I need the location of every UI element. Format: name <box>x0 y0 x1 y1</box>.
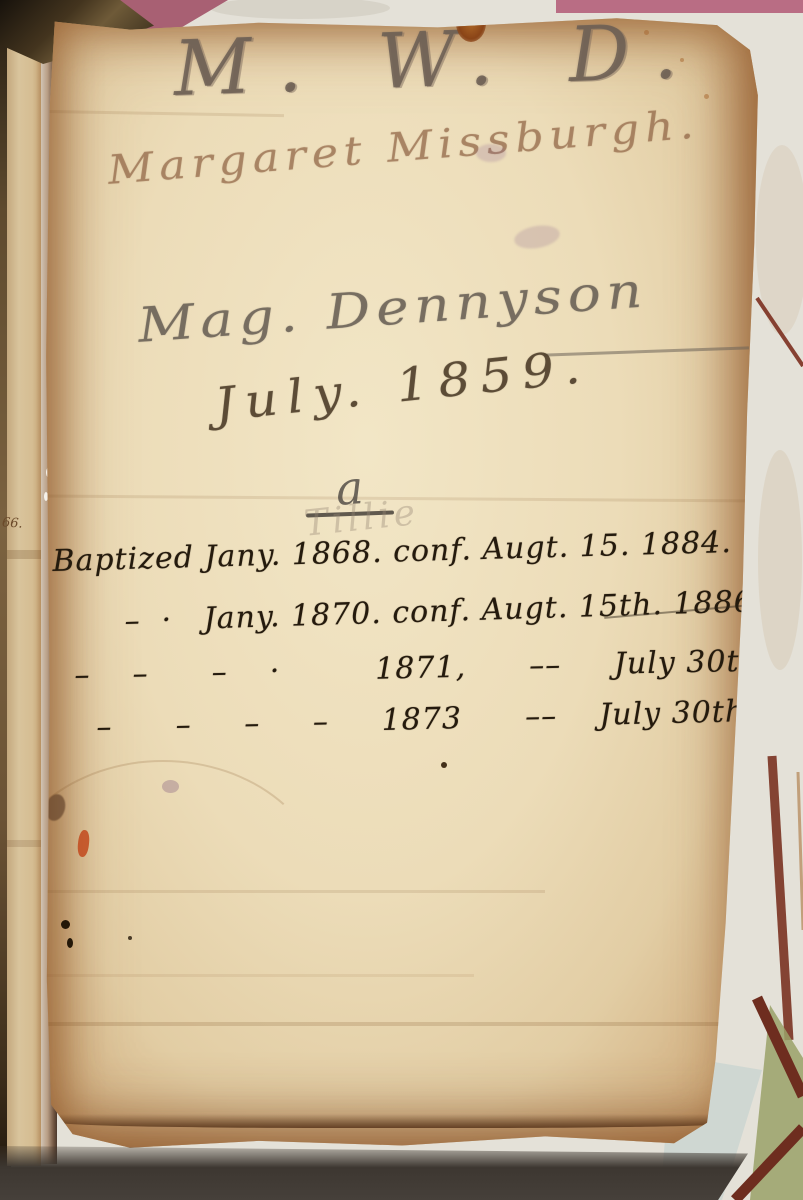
foxing-freckle <box>644 30 649 35</box>
ink-dot <box>441 762 447 768</box>
tile-marble-smudge <box>210 0 390 19</box>
tile-grout-highlight <box>798 772 803 930</box>
baptism-record-line-4: – – – – 1873 –– July 30th. 1887. <box>96 691 760 745</box>
page-crease-arc <box>44 760 328 1030</box>
ink-speck <box>61 920 70 929</box>
purple-smudge <box>476 144 506 162</box>
date-inscription: July. 1859. <box>212 339 592 432</box>
purple-smudge-2 <box>512 222 561 252</box>
foxing-freckle-3 <box>704 94 709 99</box>
photo-scene: 66. M. W. D. Margaret Missburgh. Mag. De… <box>0 0 803 1200</box>
baptism-record-line-3: – – – · 1871, –– July 30th 1889 <box>74 642 760 693</box>
book-shadow <box>0 1146 748 1200</box>
page-bottom-edge <box>58 1114 745 1128</box>
monogram-initials: M. W. D. <box>172 16 704 113</box>
book-page: M. W. D. Margaret Missburgh. Mag. Dennys… <box>44 16 760 1150</box>
tile-beige-smudge-2 <box>758 450 802 670</box>
gutter-glint-2 <box>44 492 48 501</box>
ink-speck-2 <box>67 938 73 948</box>
page-crease-top <box>44 110 284 117</box>
tile-pink-band <box>556 0 803 13</box>
margin-note: 66. <box>2 515 24 531</box>
purple-dot <box>162 780 179 793</box>
tile-grout-line-right <box>772 756 789 1040</box>
ink-speck-3 <box>128 936 132 940</box>
foxing-freckle-2 <box>680 58 684 62</box>
